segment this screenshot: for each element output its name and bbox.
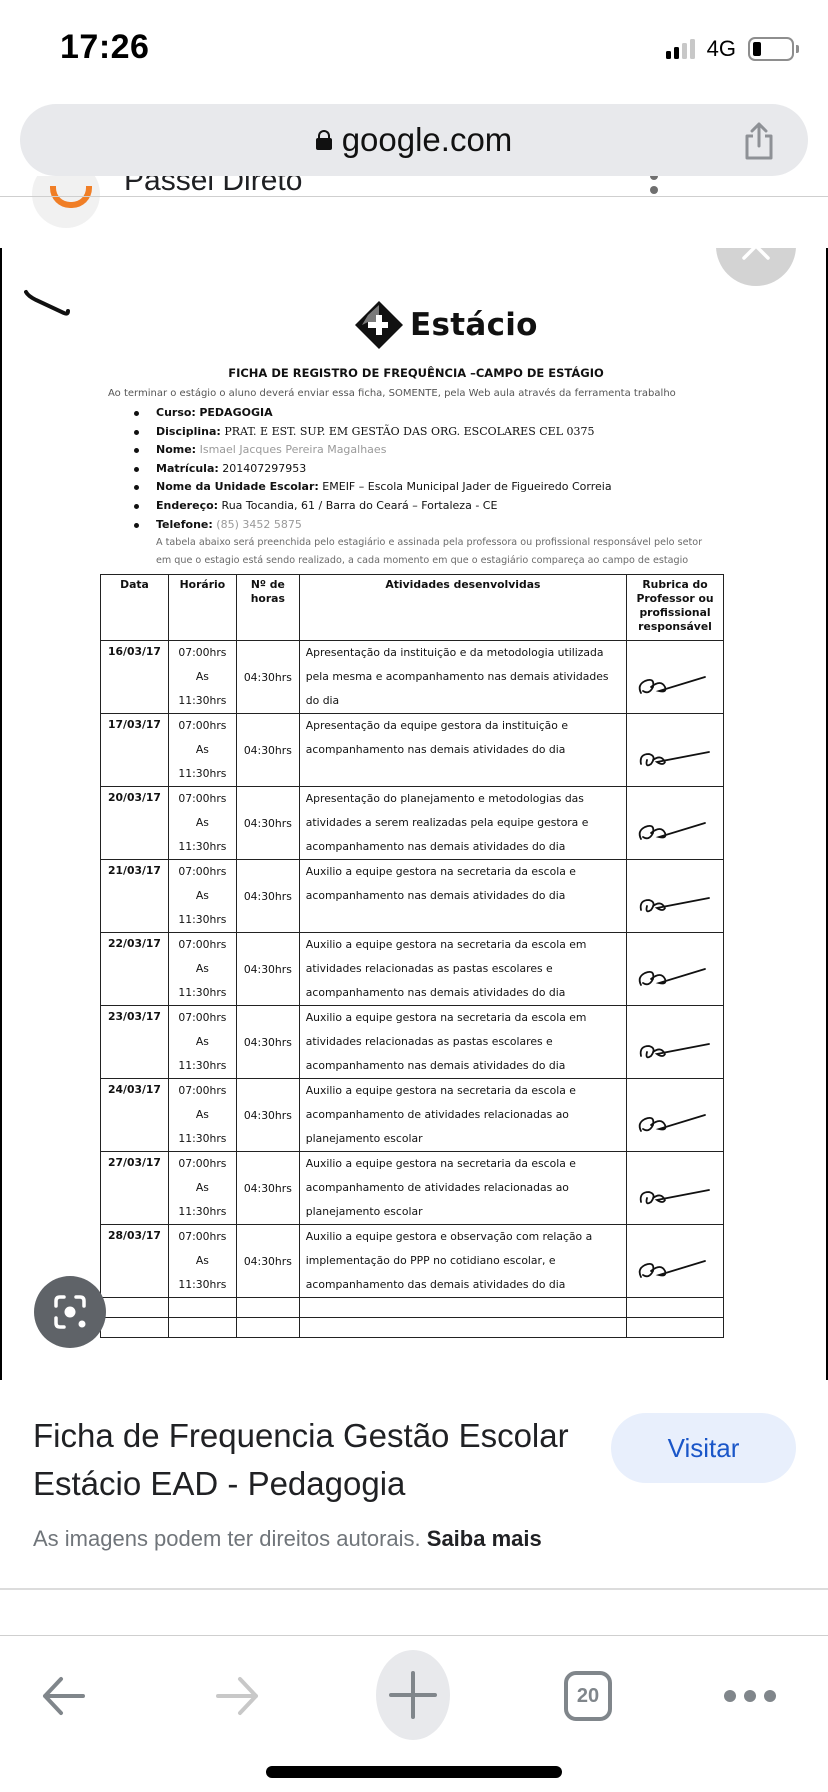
cell-hours: 04:30hrs	[236, 1225, 299, 1298]
signature-mark	[635, 1174, 715, 1214]
table-row: 24/03/1707:00hrsAs11:30hrs04:30hrsAuxili…	[101, 1079, 724, 1152]
tabs-icon: 20	[564, 1671, 612, 1721]
forward-arrow-icon	[212, 1671, 262, 1721]
cell-time: 07:00hrsAs11:30hrs	[168, 787, 236, 860]
cell-activity: Auxilio a equipe gestora na secretaria d…	[299, 1006, 626, 1079]
cell-date: 23/03/17	[101, 1006, 169, 1079]
signature-mark	[635, 809, 715, 849]
document-intro: Ao terminar o estágio o aluno deverá env…	[108, 388, 676, 399]
result-title[interactable]: Ficha de Frequencia Gestão Escolar Estác…	[33, 1412, 593, 1508]
new-tab-button[interactable]	[376, 1650, 450, 1740]
more-button[interactable]	[710, 1656, 790, 1736]
signature-mark	[635, 882, 715, 922]
brand-name: Estácio	[410, 307, 538, 343]
cell-activity: Auxilio a equipe gestora e observação co…	[299, 1225, 626, 1298]
header-rubrica: Rubrica do Professor ou profissional res…	[627, 575, 724, 641]
divider	[0, 196, 828, 197]
cell-hours: 04:30hrs	[236, 860, 299, 933]
more-dots-icon	[720, 1686, 780, 1706]
google-lens-button[interactable]	[34, 1276, 106, 1348]
table-row: 20/03/1707:00hrsAs11:30hrs04:30hrsAprese…	[101, 787, 724, 860]
google-lens-icon	[34, 1276, 106, 1348]
cell-signature	[627, 860, 724, 933]
cell-activity: Apresentação da equipe gestora da instit…	[299, 714, 626, 787]
lock-icon	[316, 130, 332, 150]
signal-icon	[666, 39, 695, 59]
table-header: Data Horário Nº de horas Atividades dese…	[101, 575, 724, 641]
cell-time: 07:00hrsAs11:30hrs	[168, 1006, 236, 1079]
address-bar[interactable]: google.com	[20, 104, 808, 176]
cell-signature	[627, 787, 724, 860]
close-button[interactable]	[716, 248, 796, 286]
signature-mark	[635, 736, 715, 776]
learn-more-link[interactable]: Saiba mais	[427, 1526, 542, 1551]
cell-date: 22/03/17	[101, 933, 169, 1006]
header-horario: Horário	[168, 575, 236, 641]
visit-button[interactable]: Visitar	[611, 1413, 796, 1483]
field-unidade-escolar: Nome da Unidade Escolar: EMEIF – Escola …	[132, 478, 612, 497]
field-disciplina: Disciplina: PRAT. E EST. SUP. EM GESTÃO …	[132, 423, 612, 442]
status-time: 17:26	[60, 28, 149, 67]
pen-mark	[24, 288, 72, 318]
cell-date: 17/03/17	[101, 714, 169, 787]
cell-signature	[627, 714, 724, 787]
cell-date: 20/03/17	[101, 787, 169, 860]
signature-mark	[635, 955, 715, 995]
divider	[0, 1588, 828, 1590]
copyright-notice: As imagens podem ter direitos autorais. …	[33, 1526, 542, 1552]
field-curso: Curso: PEDAGOGIA	[132, 404, 612, 423]
cell-activity: Auxilio a equipe gestora na secretaria d…	[299, 860, 626, 933]
cell-activity: Auxilio a equipe gestora na secretaria d…	[299, 933, 626, 1006]
more-options-icon[interactable]	[650, 176, 660, 198]
table-row: 16/03/1707:00hrsAs11:30hrs04:30hrsAprese…	[101, 641, 724, 714]
cell-activity: Apresentação da instituição e da metodol…	[299, 641, 626, 714]
cell-hours: 04:30hrs	[236, 1079, 299, 1152]
table-row: 27/03/1707:00hrsAs11:30hrs04:30hrsAuxili…	[101, 1152, 724, 1225]
status-indicators: 4G	[666, 36, 794, 62]
cell-signature	[627, 641, 724, 714]
field-telefone: Telefone: (85) 3452 5875	[132, 516, 612, 535]
field-nome: Nome: Ismael Jacques Pereira Magalhaes	[132, 441, 612, 460]
estacio-diamond-icon	[354, 300, 404, 350]
signature-mark	[635, 1247, 715, 1287]
cell-hours: 04:30hrs	[236, 641, 299, 714]
cell-date: 28/03/17	[101, 1225, 169, 1298]
cell-activity: Auxilio a equipe gestora na secretaria d…	[299, 1152, 626, 1225]
share-icon[interactable]	[742, 122, 776, 160]
cell-date: 27/03/17	[101, 1152, 169, 1225]
close-icon	[716, 248, 796, 286]
signature-mark	[635, 1028, 715, 1068]
document-image[interactable]: Estácio FICHA DE REGISTRO DE FREQUÊNCIA …	[0, 248, 828, 1380]
table-row: 17/03/1707:00hrsAs11:30hrs04:30hrsAprese…	[101, 714, 724, 787]
plus-icon	[388, 1670, 438, 1720]
cell-hours: 04:30hrs	[236, 1152, 299, 1225]
cell-time: 07:00hrsAs11:30hrs	[168, 933, 236, 1006]
cell-signature	[627, 1152, 724, 1225]
cell-signature	[627, 1006, 724, 1079]
document-title: FICHA DE REGISTRO DE FREQUÊNCIA –CAMPO D…	[2, 366, 828, 380]
header-horas: Nº de horas	[236, 575, 299, 641]
header-atividades: Atividades desenvolvidas	[299, 575, 626, 641]
table-row: 22/03/1707:00hrsAs11:30hrs04:30hrsAuxili…	[101, 933, 724, 1006]
cell-signature	[627, 1079, 724, 1152]
status-bar: 17:26 4G	[0, 0, 828, 96]
field-matricula: Matrícula: 201407297953	[132, 460, 612, 479]
back-arrow-icon	[39, 1671, 89, 1721]
network-type: 4G	[707, 36, 736, 62]
cell-time: 07:00hrsAs11:30hrs	[168, 1079, 236, 1152]
signature-mark	[635, 663, 715, 703]
cell-signature	[627, 933, 724, 1006]
table-row: 21/03/1707:00hrsAs11:30hrs04:30hrsAuxili…	[101, 860, 724, 933]
cell-signature	[627, 1225, 724, 1298]
battery-icon	[748, 37, 794, 61]
home-indicator[interactable]	[266, 1766, 562, 1778]
cell-time: 07:00hrsAs11:30hrs	[168, 1152, 236, 1225]
signature-mark	[635, 1101, 715, 1141]
cell-activity: Apresentação do planejamento e metodolog…	[299, 787, 626, 860]
back-button[interactable]	[24, 1656, 104, 1736]
source-favicon	[32, 176, 100, 228]
url-text: google.com	[342, 121, 513, 159]
attendance-table: Data Horário Nº de horas Atividades dese…	[100, 574, 724, 1338]
document-note: A tabela abaixo será preenchida pelo est…	[156, 534, 776, 570]
header-data: Data	[101, 575, 169, 641]
empty-table-row	[101, 1318, 724, 1338]
cell-hours: 04:30hrs	[236, 933, 299, 1006]
empty-table-row	[101, 1298, 724, 1318]
tabs-button[interactable]: 20	[548, 1656, 628, 1736]
field-endereco: Endereço: Rua Tocandia, 61 / Barra do Ce…	[132, 497, 612, 516]
cell-time: 07:00hrsAs11:30hrs	[168, 860, 236, 933]
forward-button[interactable]	[197, 1656, 277, 1736]
cell-time: 07:00hrsAs11:30hrs	[168, 1225, 236, 1298]
cell-time: 07:00hrsAs11:30hrs	[168, 641, 236, 714]
cell-date: 24/03/17	[101, 1079, 169, 1152]
cell-hours: 04:30hrs	[236, 1006, 299, 1079]
cell-activity: Auxilio a equipe gestora na secretaria d…	[299, 1079, 626, 1152]
cell-hours: 04:30hrs	[236, 787, 299, 860]
table-row: 28/03/1707:00hrsAs11:30hrs04:30hrsAuxili…	[101, 1225, 724, 1298]
source-name: Passei Direto	[124, 176, 302, 198]
cell-hours: 04:30hrs	[236, 714, 299, 787]
cell-date: 16/03/17	[101, 641, 169, 714]
table-row: 23/03/1707:00hrsAs11:30hrs04:30hrsAuxili…	[101, 1006, 724, 1079]
cell-time: 07:00hrsAs11:30hrs	[168, 714, 236, 787]
cell-date: 21/03/17	[101, 860, 169, 933]
estacio-logo: Estácio	[354, 300, 538, 350]
student-info: Curso: PEDAGOGIA Disciplina: PRAT. E EST…	[132, 404, 612, 534]
source-row[interactable]: Passei Direto	[0, 176, 828, 246]
